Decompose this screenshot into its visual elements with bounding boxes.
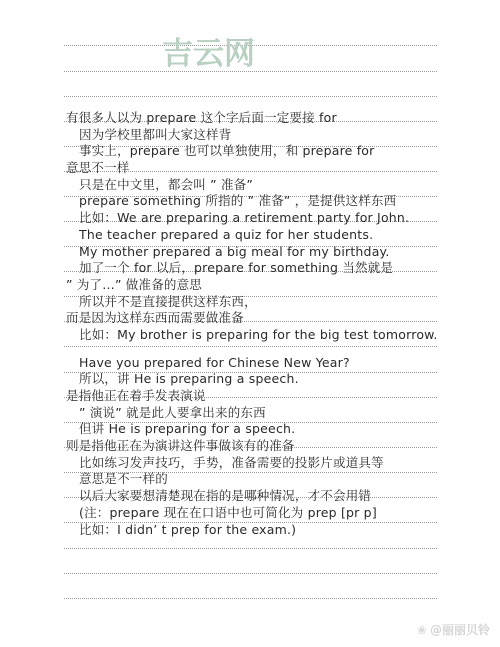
text-line: 但讲 He is preparing for a speech.: [66, 421, 446, 438]
text-line: 所以，讲 He is preparing a speech.: [66, 371, 446, 388]
text-line: My mother prepared a big meal for my bir…: [66, 244, 446, 261]
text-line: ” 为了…” 做准备的意思: [66, 277, 446, 294]
text-line: 意思是不一样的: [66, 471, 446, 488]
text-line: 有很多人以为 prepare 这个字后面一定要接 for: [66, 110, 446, 127]
notebook-page: 吉云网 有很多人以为 prepare 这个字后面一定要接 for因为学校里都叫大…: [0, 0, 500, 647]
note-text: 有很多人以为 prepare 这个字后面一定要接 for因为学校里都叫大家这样背…: [66, 110, 446, 538]
author-credit: ❀ @丽丽贝铃: [417, 621, 490, 638]
text-line: 只是在中文里，都会叫 ” 准备”: [66, 177, 446, 194]
text-line: 因为学校里都叫大家这样背: [66, 127, 446, 144]
text-line: 比如：We are preparing a retirement party f…: [66, 210, 446, 227]
text-line: 所以并不是直接提供这样东西，: [66, 294, 446, 311]
text-line: 则是指他正在为演讲这件事做该有的准备: [66, 438, 446, 455]
site-logo-watermark: 吉云网: [162, 37, 255, 71]
rule-line: [64, 573, 437, 574]
text-line: Have you prepared for Chinese New Year?: [66, 355, 446, 372]
text-line: 比如：I didn’ t prep for the exam.): [66, 522, 446, 539]
text-line: 是指他正在着手发表演说: [66, 388, 446, 405]
text-line: 以后大家要想清楚现在指的是哪种情况，才不会用错: [66, 488, 446, 505]
text-line: prepare something 所指的 ” 准备” ，是提供这样东西: [66, 193, 446, 210]
text-line: 而是因为这样东西而需要做准备: [66, 310, 446, 327]
blank-line: [66, 344, 446, 355]
text-line: 比如：My brother is preparing for the big t…: [66, 327, 446, 344]
rule-line: [64, 96, 437, 97]
text-line: 加了一个 for 以后，prepare for something 当然就是: [66, 260, 446, 277]
text-line: ” 演说” 就是此人要拿出来的东西: [66, 405, 446, 422]
rule-line: [64, 598, 437, 599]
rule-line: [64, 548, 437, 549]
weibo-icon: ❀: [417, 623, 427, 637]
author-handle: @丽丽贝铃: [430, 621, 490, 638]
text-line: (注：prepare 现在在口语中也可简化为 prep [pr p]: [66, 505, 446, 522]
text-line: The teacher prepared a quiz for her stud…: [66, 227, 446, 244]
text-line: 意思不一样: [66, 160, 446, 177]
text-line: 比如练习发声技巧，手势，准备需要的投影片或道具等: [66, 455, 446, 472]
text-line: 事实上，prepare 也可以单独使用，和 prepare for: [66, 143, 446, 160]
